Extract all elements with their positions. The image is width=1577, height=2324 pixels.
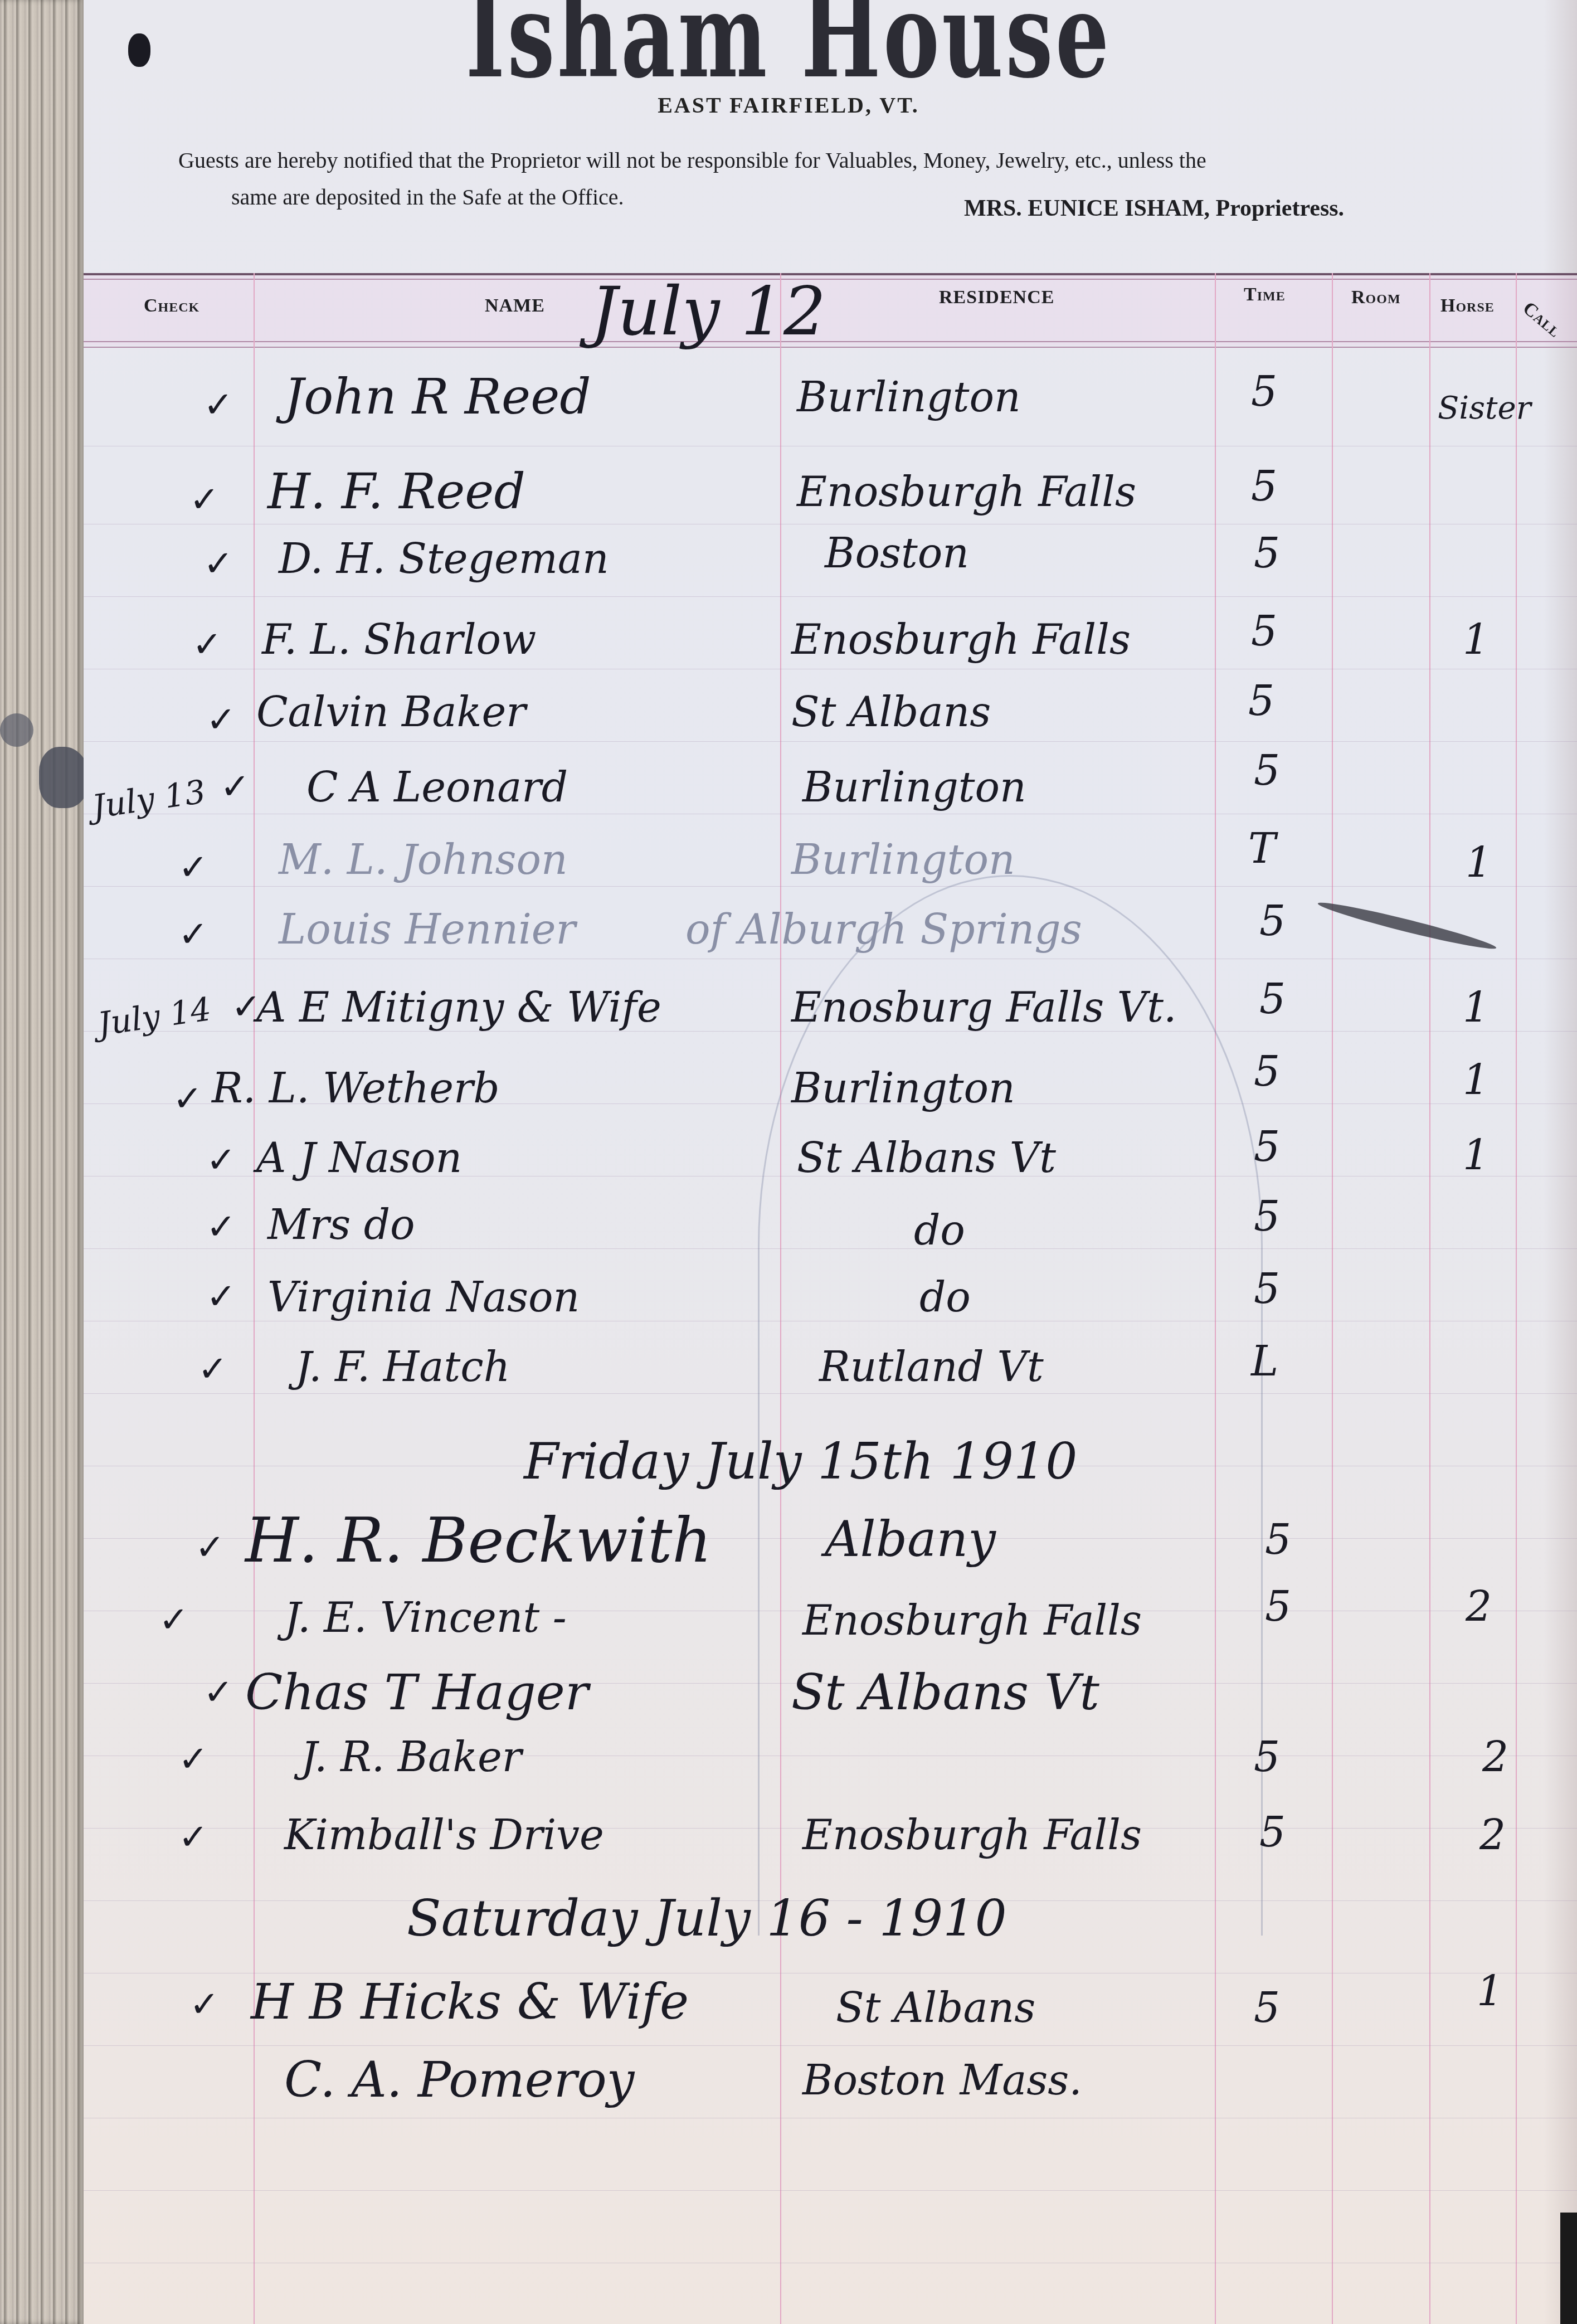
ruled-line bbox=[84, 596, 1577, 597]
guest-time: 5 bbox=[1265, 1516, 1291, 1564]
hotel-title: Isham House bbox=[221, 0, 1356, 104]
guest-name: J. E. Vincent - bbox=[284, 1594, 567, 1642]
ruled-line bbox=[84, 2263, 1577, 2263]
column-header-name: NAME bbox=[485, 295, 545, 317]
hotel-location: EAST FAIRFIELD, VT. bbox=[0, 92, 1577, 118]
guest-residence: Enosburgh Falls bbox=[802, 1597, 1142, 1645]
guest-time: 5 bbox=[1248, 677, 1274, 725]
guest-name: Calvin Baker bbox=[256, 688, 526, 736]
guest-horse: 2 bbox=[1482, 1733, 1508, 1781]
guest-time: 5 bbox=[1254, 1265, 1280, 1313]
header-bottom-rule bbox=[84, 341, 1577, 342]
guest-horse: 1 bbox=[1463, 1131, 1489, 1179]
guest-residence: do bbox=[914, 1207, 965, 1255]
guest-name: H. F. Reed bbox=[267, 463, 525, 520]
guest-time: 5 bbox=[1251, 607, 1277, 655]
guest-residence: Boston bbox=[825, 529, 969, 577]
date-heading-saturday: Saturday July 16 - 1910 bbox=[407, 1889, 1007, 1948]
check-mark: ✓ bbox=[206, 699, 236, 741]
guest-horse: 1 bbox=[1477, 1967, 1503, 2015]
check-mark: ✓ bbox=[203, 385, 233, 426]
ruled-line bbox=[84, 446, 1577, 446]
check-mark: ✓ bbox=[198, 1349, 228, 1390]
guest-residence: Enosburgh Falls bbox=[797, 468, 1136, 516]
ruled-line bbox=[84, 2190, 1577, 2191]
guest-residence: Burlington bbox=[791, 1064, 1015, 1112]
guest-name: Louis Hennier bbox=[279, 906, 576, 954]
check-mark: ✓ bbox=[173, 1078, 203, 1120]
check-mark: ✓ bbox=[192, 624, 222, 665]
column-header-room: Room bbox=[1351, 287, 1401, 308]
guest-time: 5 bbox=[1265, 1583, 1291, 1631]
guest-horse: Sister bbox=[1438, 390, 1531, 426]
guest-residence: St Albans bbox=[791, 688, 991, 736]
ruled-line bbox=[84, 814, 1577, 814]
guest-time: 5 bbox=[1259, 975, 1286, 1023]
check-mark: ✓ bbox=[178, 1817, 208, 1858]
header-top-rule bbox=[84, 273, 1577, 275]
column-divider bbox=[1429, 273, 1430, 2324]
guest-time: L bbox=[1251, 1338, 1278, 1385]
guest-horse: 1 bbox=[1463, 616, 1489, 664]
guest-residence: Burlington bbox=[797, 373, 1021, 421]
guest-time: 5 bbox=[1259, 897, 1286, 945]
check-mark: ✓ bbox=[206, 1276, 236, 1317]
guest-name: C A Leonard bbox=[306, 764, 568, 811]
guest-name: Virginia Nason bbox=[267, 1273, 580, 1321]
guest-time: 5 bbox=[1254, 1193, 1280, 1241]
check-mark: ✓ bbox=[203, 543, 233, 585]
page-corner-shadow bbox=[1560, 2213, 1577, 2324]
page-edge-shadow bbox=[1544, 0, 1577, 2324]
guest-name: H B Hicks & Wife bbox=[251, 1973, 689, 2030]
guest-horse: 1 bbox=[1463, 1056, 1489, 1104]
guest-residence: Burlington bbox=[802, 764, 1026, 811]
guest-residence: of Alburgh Springs bbox=[685, 906, 1082, 954]
check-mark: ✓ bbox=[189, 1984, 220, 2025]
guest-horse: 2 bbox=[1466, 1583, 1492, 1631]
guest-name: A E Mitigny & Wife bbox=[256, 984, 661, 1032]
header-top-rule-thin bbox=[84, 279, 1577, 280]
guest-horse: 1 bbox=[1463, 984, 1489, 1032]
guest-residence: St Albans Vt bbox=[797, 1134, 1056, 1182]
guest-residence: Enosburgh Falls bbox=[791, 616, 1131, 664]
guest-residence: Enosburgh Falls bbox=[802, 1811, 1142, 1859]
check-mark: ✓ bbox=[206, 1207, 236, 1248]
check-mark: ✓ bbox=[159, 1599, 189, 1641]
guest-name: H. R. Beckwith bbox=[245, 1505, 712, 1576]
ruled-line bbox=[84, 741, 1577, 742]
guest-time: 5 bbox=[1259, 1808, 1286, 1856]
column-header-time: Time bbox=[1244, 284, 1286, 305]
proprietress-name: MRS. EUNICE ISHAM, Proprietress. bbox=[964, 195, 1344, 222]
guest-residence: St Albans bbox=[836, 1984, 1035, 2032]
guest-time: 5 bbox=[1251, 463, 1277, 510]
guest-residence: Boston Mass. bbox=[802, 2056, 1082, 2104]
guest-horse: 2 bbox=[1479, 1811, 1506, 1859]
guest-name: F. L. Sharlow bbox=[262, 616, 536, 664]
ruled-line bbox=[84, 959, 1577, 959]
guest-residence: Rutland Vt bbox=[819, 1343, 1044, 1391]
guest-time: 5 bbox=[1254, 747, 1280, 795]
guest-name: John R Reed bbox=[284, 368, 591, 425]
guest-residence: Enosburg Falls Vt. bbox=[791, 984, 1176, 1032]
guest-name: J. R. Baker bbox=[301, 1733, 522, 1781]
guest-name: M. L. Johnson bbox=[279, 836, 568, 884]
book-binding bbox=[0, 0, 84, 2324]
guest-time: 5 bbox=[1254, 1984, 1280, 2032]
ink-blot bbox=[128, 33, 150, 67]
column-divider bbox=[1516, 273, 1517, 2324]
ruled-line bbox=[84, 2045, 1577, 2046]
guest-time: 5 bbox=[1254, 1733, 1280, 1781]
check-mark: ✓ bbox=[206, 1140, 236, 1181]
guest-residence: St Albans Vt bbox=[791, 1664, 1099, 1721]
pencil-arc-mark bbox=[758, 875, 1263, 1936]
guest-time: 5 bbox=[1254, 529, 1280, 577]
ruled-line bbox=[84, 886, 1577, 887]
column-header-residence: RESIDENCE bbox=[939, 287, 1054, 308]
notice-line-1: Guests are hereby notified that the Prop… bbox=[178, 142, 1527, 179]
column-header-horse: Horse bbox=[1440, 295, 1495, 317]
guest-name: C. A. Pomeroy bbox=[284, 2051, 635, 2108]
guest-residence: Burlington bbox=[791, 836, 1015, 884]
check-mark: ✓ bbox=[178, 1739, 208, 1780]
guest-name: R. L. Wetherb bbox=[212, 1064, 500, 1112]
guest-residence: do bbox=[919, 1273, 971, 1321]
check-mark: ✓ bbox=[178, 914, 208, 955]
ink-stain bbox=[39, 747, 89, 808]
ruled-line bbox=[84, 2118, 1577, 2118]
date-heading-friday: Friday July 15th 1910 bbox=[524, 1432, 1078, 1491]
ruled-line bbox=[84, 669, 1577, 669]
ruled-line bbox=[84, 524, 1577, 524]
guest-name: Mrs do bbox=[267, 1201, 415, 1249]
check-mark: ✓ bbox=[189, 479, 220, 521]
check-mark: ✓ bbox=[195, 1527, 225, 1568]
column-header-band bbox=[84, 273, 1577, 346]
guest-name: D. H. Stegeman bbox=[279, 535, 609, 583]
header-bottom-rule-thin bbox=[84, 347, 1577, 348]
column-header-check: Check bbox=[144, 295, 199, 317]
date-heading-july-12: July 12 bbox=[591, 273, 826, 351]
guest-residence: Albany bbox=[825, 1510, 996, 1568]
guest-horse: 1 bbox=[1466, 839, 1492, 887]
guest-name: Kimball's Drive bbox=[284, 1811, 604, 1859]
guest-time: T bbox=[1248, 825, 1276, 873]
check-mark: ✓ bbox=[203, 1672, 233, 1713]
column-divider bbox=[1332, 273, 1333, 2324]
guest-name: Chas T Hager bbox=[245, 1664, 588, 1721]
check-mark: ✓ bbox=[220, 766, 250, 808]
ink-stain bbox=[0, 713, 33, 747]
guest-time: 5 bbox=[1254, 1048, 1280, 1096]
guest-name: J. F. Hatch bbox=[295, 1343, 510, 1391]
check-mark: ✓ bbox=[178, 847, 208, 888]
guest-time: 5 bbox=[1254, 1123, 1280, 1171]
guest-name: A J Nason bbox=[256, 1134, 462, 1182]
guest-time: 5 bbox=[1251, 368, 1277, 416]
